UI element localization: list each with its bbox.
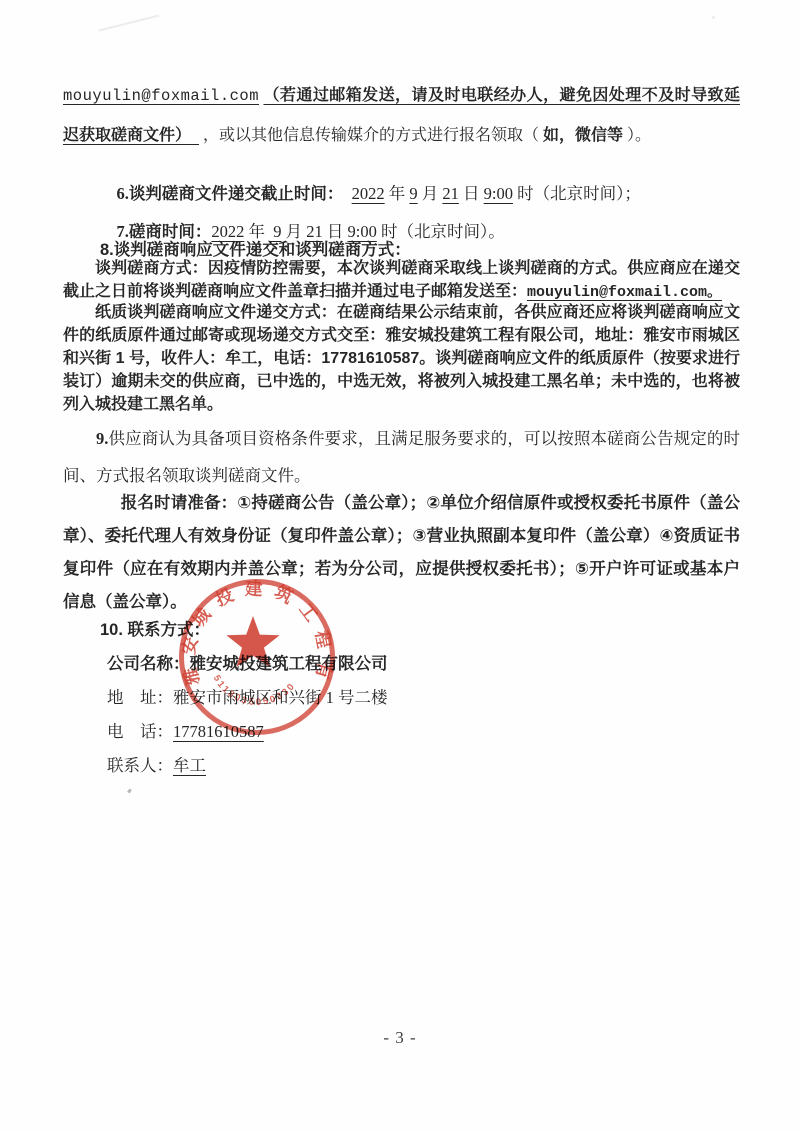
company-name-label: 公司名称： xyxy=(107,655,190,673)
page-number: - 3 - xyxy=(0,1028,800,1048)
company-name-value: 雅安城投建筑工程有限公司 xyxy=(190,655,388,673)
scan-artifact-speck xyxy=(127,789,132,794)
signup-requirements-paragraph: 报名时请准备：①持磋商公告（盖公章）；②单位介绍信原件或授权委托书原件（盖公章）… xyxy=(63,487,740,619)
scan-artifact-corner xyxy=(712,16,715,19)
submit-email-address: mouyulin@foxmail.com。 xyxy=(527,284,722,301)
paper-method-paragraph: 纸质谈判磋商响应文件递交方式：在磋商结果公示结束前，各供应商还应将谈判磋商响应文… xyxy=(63,301,740,416)
item-10-label: 10. 联系方式： xyxy=(100,621,210,639)
contact-person-row: 联系人：牟工 xyxy=(63,752,784,776)
person-value: 牟工 xyxy=(173,756,206,775)
signup-requirements-text: 报名时请准备：①持磋商公告（盖公章）；②单位介绍信原件或授权委托书原件（盖公章）… xyxy=(63,494,740,611)
phone-label: 电 话： xyxy=(107,722,173,741)
item-10-heading: 10. 联系方式： xyxy=(63,616,777,640)
phone-value: 17781610587 xyxy=(173,722,264,741)
notice-rest: ，或以其他信息传输媒介的方式进行报名领取（ xyxy=(203,127,539,144)
item-9-number: 9. xyxy=(96,429,108,448)
item-9-text: 供应商认为具备项目资格条件要求，且满足服务要求的，可以按照本磋商公告规定的时间、… xyxy=(63,429,740,485)
address-label: 地 址： xyxy=(107,688,173,707)
address-value: 雅安市雨城区和兴街 1 号二楼 xyxy=(173,688,388,707)
online-method-paragraph: 谈判磋商方式：因疫情防控需要，本次谈判磋商采取线上谈判磋商的方式。供应商应在递交… xyxy=(63,257,740,304)
email-address: mouyulin@foxmail.com xyxy=(63,87,259,105)
person-label: 联系人： xyxy=(107,756,173,775)
contact-address-row: 地 址：雅安市雨城区和兴街 1 号二楼 xyxy=(63,684,784,708)
wechat-bold: 如，微信等 xyxy=(543,127,623,144)
continuation-paragraph: mouyulin@foxmail.com （若通过邮箱发送，请及时电联经办人，避… xyxy=(63,76,740,156)
document-page: mouyulin@foxmail.com （若通过邮箱发送，请及时电联经办人，避… xyxy=(0,0,800,1131)
contact-company-row: 公司名称：雅安城投建筑工程有限公司 xyxy=(63,650,784,674)
contact-phone-row: 电 话：17781610587 xyxy=(63,718,784,742)
scan-artifact-line xyxy=(99,15,160,32)
paper-method-text: 纸质谈判磋商响应文件递交方式：在磋商结果公示结束前，各供应商还应将谈判磋商响应文… xyxy=(63,304,740,413)
item-9-paragraph: 9.供应商认为具备项目资格条件要求，且满足服务要求的，可以按照本磋商公告规定的时… xyxy=(63,420,740,494)
notice-tail: ）。 xyxy=(627,127,651,144)
